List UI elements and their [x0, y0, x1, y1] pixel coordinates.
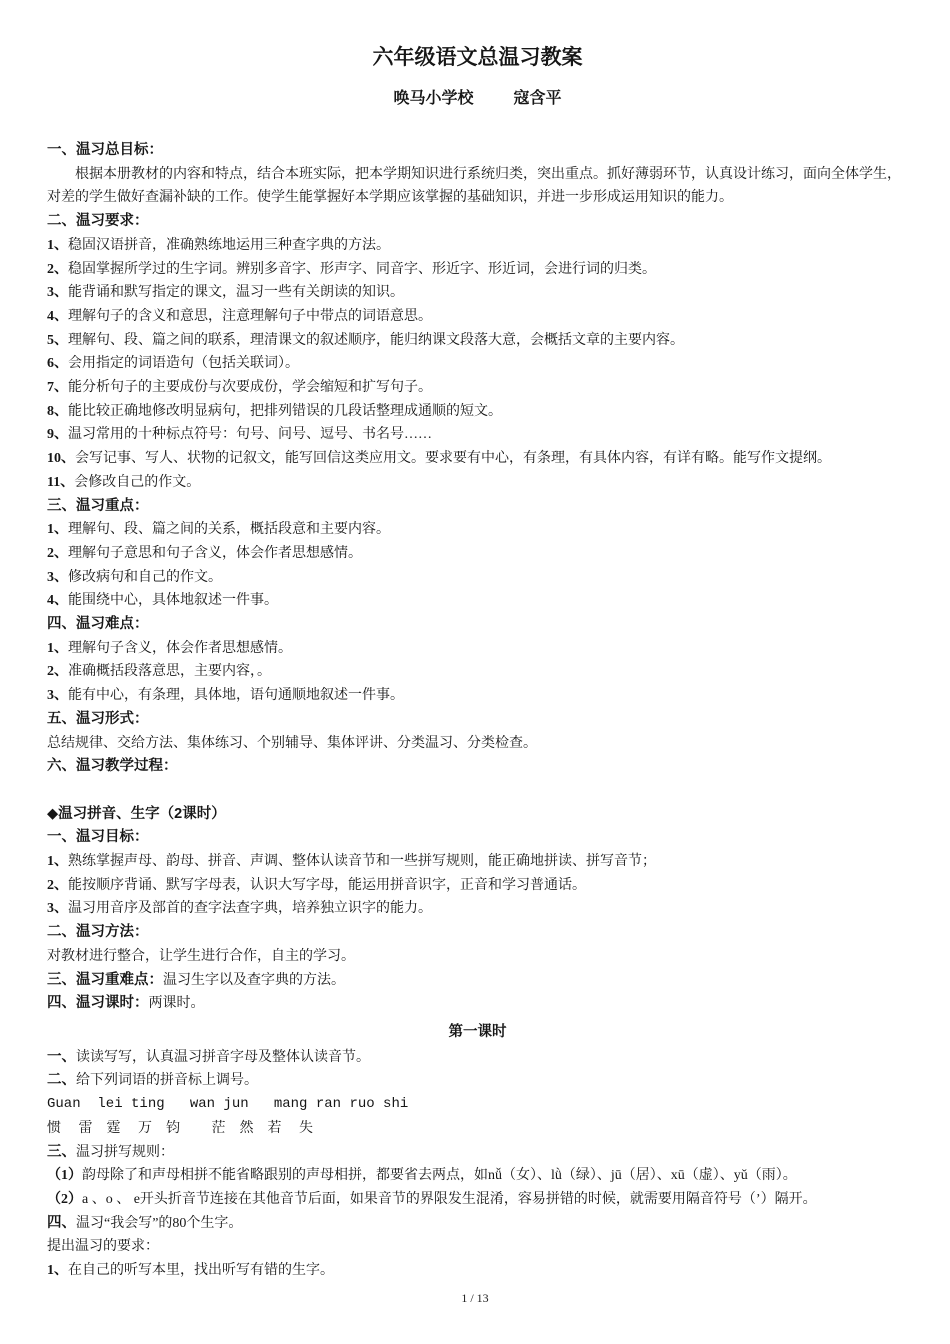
- doc-line: 4、能围绕中心，具体地叙述一件事。: [47, 589, 908, 613]
- line-text: 总结规律、交给方法、集体练习、个别辅导、集体评讲、分类温习、分类检查。: [47, 736, 537, 751]
- doc-line: 根据本册教材的内容和特点，结合本班实际，把本学期知识进行系统归类，突出重点。抓好…: [47, 163, 908, 210]
- line-text: 温习“我会写”的80个生字。: [76, 1216, 242, 1231]
- doc-line: 1、熟练掌握声母、韵母、拼音、声调、整体认读音节和一些拼写规则，能正确地拼读、拼…: [47, 850, 908, 874]
- doc-line: 三、温习拼写规则：: [47, 1141, 908, 1165]
- doc-line: 五、温习形式：: [47, 708, 908, 732]
- line-prefix: 四、温习课时：: [47, 995, 149, 1011]
- line-prefix: 3、: [47, 570, 68, 585]
- line-text: 读读写写，认真温习拼音字母及整体认读音节。: [76, 1050, 370, 1065]
- line-text: 理解句子的含义和意思，注意理解句子中带点的词语意思。: [68, 309, 432, 324]
- doc-line: 10、会写记事、写人、状物的记叙文，能写回信这类应用文。要求要有中心，有条理，有…: [47, 447, 908, 471]
- doc-line: 一、温习总目标：: [47, 139, 908, 163]
- doc-line: 四、温习“我会写”的80个生字。: [47, 1212, 908, 1236]
- line-prefix: 三、温习重难点：: [47, 972, 163, 988]
- line-text: 能有中心，有条理，具体地，语句通顺地叙述一件事。: [68, 688, 404, 703]
- doc-line: 二、温习方法：: [47, 921, 908, 945]
- doc-line: 7、能分析句子的主要成份与次要成份，学会缩短和扩写句子。: [47, 376, 908, 400]
- line-text: 准确概括段落意思，主要内容，。: [68, 664, 271, 679]
- line-prefix: （2）: [47, 1192, 82, 1207]
- line-prefix: 6、: [47, 356, 68, 371]
- line-prefix: 5、: [47, 333, 68, 348]
- document-title: 六年级语文总温习教案: [47, 44, 908, 72]
- doc-line: ◆温习拼音、生字（2课时）: [47, 803, 908, 827]
- line-text: 惯 雷 霆 万 钧 茫 然 若 失: [47, 1121, 313, 1136]
- line-text: 对教材进行整合，让学生进行合作，自主的学习。: [47, 949, 355, 964]
- line-text: 五、温习形式：: [47, 711, 149, 727]
- doc-line: 2、准确概括段落意思，主要内容，。: [47, 660, 908, 684]
- line-text: 修改病句和自己的作文。: [68, 570, 222, 585]
- doc-line: 1、稳固汉语拼音，准确熟练地运用三种查字典的方法。: [47, 234, 908, 258]
- doc-line: 1、理解句子含义，体会作者思想感情。: [47, 637, 908, 661]
- line-prefix: 2、: [47, 262, 68, 277]
- doc-line: 3、温习用音序及部首的查字法查字典，培养独立识字的能力。: [47, 897, 908, 921]
- line-text: ◆温习拼音、生字（2课时）: [47, 806, 226, 822]
- doc-line: 四、温习课时：两课时。: [47, 992, 908, 1016]
- line-text: 能比较正确地修改明显病句，把排列错误的几段话整理成通顺的短文。: [68, 404, 502, 419]
- line-prefix: 10、: [47, 451, 75, 466]
- line-text: 会修改自己的作文。: [74, 475, 200, 490]
- page-number: 1 / 13: [0, 1291, 950, 1306]
- school-name: 唤马小学校: [393, 90, 473, 107]
- line-text: 温习拼写规则：: [76, 1145, 174, 1160]
- line-text: 温习生字以及查字典的方法。: [163, 973, 345, 988]
- line-prefix: 9、: [47, 427, 68, 442]
- doc-line: 3、能有中心，有条理，具体地，语句通顺地叙述一件事。: [47, 684, 908, 708]
- doc-line: 8、能比较正确地修改明显病句，把排列错误的几段话整理成通顺的短文。: [47, 400, 908, 424]
- line-prefix: 三、: [47, 1144, 76, 1160]
- line-text: 理解句、段、篇之间的联系，理清课文的叙述顺序，能归纳课文段落大意，会概括文章的主…: [68, 333, 684, 348]
- doc-line: 六、温习教学过程：: [47, 755, 908, 779]
- line-text: 二、温习方法：: [47, 924, 149, 940]
- doc-line: 6、会用指定的词语造句（包括关联词）。: [47, 352, 908, 376]
- line-text: 给下列词语的拼音标上调号。: [76, 1073, 258, 1088]
- doc-line: 三、温习重难点：温习生字以及查字典的方法。: [47, 969, 908, 993]
- doc-line: 3、能背诵和默写指定的课文，温习一些有关朗读的知识。: [47, 281, 908, 305]
- line-prefix: 4、: [47, 309, 68, 324]
- line-text: 二、温习要求：: [47, 213, 149, 229]
- line-text: 六、温习教学过程：: [47, 758, 178, 774]
- line-prefix: 1、: [47, 238, 68, 253]
- line-text: 提出温习的要求：: [47, 1239, 159, 1254]
- line-prefix: 2、: [47, 546, 68, 561]
- line-prefix: 2、: [47, 664, 68, 679]
- doc-line: 5、理解句、段、篇之间的联系，理清课文的叙述顺序，能归纳课文段落大意，会概括文章…: [47, 329, 908, 353]
- line-prefix: 2、: [47, 878, 68, 893]
- doc-line: [47, 779, 908, 803]
- line-prefix: 四、: [47, 1215, 76, 1231]
- line-prefix: 一、: [47, 1049, 76, 1065]
- doc-line: 总结规律、交给方法、集体练习、个别辅导、集体评讲、分类温习、分类检查。: [47, 732, 908, 756]
- doc-line: 2、理解句子意思和句子含义，体会作者思想感情。: [47, 542, 908, 566]
- line-text: 温习常用的十种标点符号：句号、问号、逗号、书名号……: [68, 427, 432, 442]
- line-prefix: 3、: [47, 285, 68, 300]
- line-prefix: 1、: [47, 522, 68, 537]
- doc-line: 二、给下列词语的拼音标上调号。: [47, 1069, 908, 1093]
- doc-line: 3、修改病句和自己的作文。: [47, 566, 908, 590]
- doc-line: 11、会修改自己的作文。: [47, 471, 908, 495]
- line-text: 在自己的听写本里，找出听写有错的生字。: [68, 1263, 334, 1278]
- line-prefix: 1、: [47, 641, 68, 656]
- line-text: 三、温习重点：: [47, 498, 149, 514]
- doc-line: 对教材进行整合，让学生进行合作，自主的学习。: [47, 945, 908, 969]
- doc-line: 二、温习要求：: [47, 210, 908, 234]
- line-prefix: 4、: [47, 593, 68, 608]
- doc-line: 惯 雷 霆 万 钧 茫 然 若 失: [47, 1117, 908, 1141]
- doc-line: 三、温习重点：: [47, 495, 908, 519]
- doc-line: （1）韵母除了和声母相拼不能省略跟别的声母相拼，都要省去两点，如nǚ（女）、lǜ…: [47, 1164, 908, 1188]
- line-prefix: 1、: [47, 1263, 68, 1278]
- line-text: 能按顺序背诵、默写字母表，认识大写字母，能运用拼音识字，正音和学习普通话。: [68, 878, 586, 893]
- document-subtitle: 唤马小学校寇含平: [47, 88, 908, 109]
- line-text: a 、o 、 e开头折音节连接在其他音节后面，如果音节的界限发生混淆，容易拼错的…: [82, 1192, 817, 1207]
- line-text: 理解句子意思和句子含义，体会作者思想感情。: [68, 546, 362, 561]
- doc-line: 第一课时: [47, 1021, 908, 1045]
- doc-line: （2）a 、o 、 e开头折音节连接在其他音节后面，如果音节的界限发生混淆，容易…: [47, 1188, 908, 1212]
- line-text: 一、温习目标：: [47, 829, 149, 845]
- line-prefix: 3、: [47, 901, 68, 916]
- line-text: 会用指定的词语造句（包括关联词）。: [68, 356, 299, 371]
- author-name: 寇含平: [514, 90, 562, 107]
- document-page: 六年级语文总温习教案 唤马小学校寇含平 一、温习总目标：根据本册教材的内容和特点…: [0, 0, 950, 1344]
- line-text: 第一课时: [449, 1024, 507, 1040]
- line-text: 温习用音序及部首的查字法查字典，培养独立识字的能力。: [68, 901, 432, 916]
- line-prefix: 3、: [47, 688, 68, 703]
- line-text: 韵母除了和声母相拼不能省略跟别的声母相拼，都要省去两点，如nǚ（女）、lǜ（绿）…: [82, 1168, 797, 1183]
- line-text: 理解句子含义，体会作者思想感情。: [68, 641, 292, 656]
- doc-line: 四、温习难点：: [47, 613, 908, 637]
- line-prefix: （1）: [47, 1168, 82, 1183]
- line-prefix: 11、: [47, 475, 74, 490]
- line-text: 能围绕中心，具体地叙述一件事。: [68, 593, 278, 608]
- doc-line: 2、稳固掌握所学过的生字词。辨别多音字、形声字、同音字、形近字、形近词，会进行词…: [47, 258, 908, 282]
- doc-line: 一、读读写写，认真温习拼音字母及整体认读音节。: [47, 1046, 908, 1070]
- line-text: 稳固掌握所学过的生字词。辨别多音字、形声字、同音字、形近字、形近词，会进行词的归…: [68, 262, 656, 277]
- doc-line: 提出温习的要求：: [47, 1235, 908, 1259]
- line-text: 熟练掌握声母、韵母、拼音、声调、整体认读音节和一些拼写规则，能正确地拼读、拼写音…: [68, 854, 656, 869]
- line-text: Guan lei ting wan jun mang ran ruo shi: [47, 1096, 408, 1112]
- line-text: 四、温习难点：: [47, 616, 149, 632]
- line-prefix: 1、: [47, 854, 68, 869]
- line-prefix: 8、: [47, 404, 68, 419]
- doc-line: 9、温习常用的十种标点符号：句号、问号、逗号、书名号……: [47, 423, 908, 447]
- line-text: 一、温习总目标：: [47, 142, 163, 158]
- line-text: 两课时。: [149, 996, 205, 1011]
- doc-line: 2、能按顺序背诵、默写字母表，认识大写字母，能运用拼音识字，正音和学习普通话。: [47, 874, 908, 898]
- line-text: 理解句、段、篇之间的关系，概括段意和主要内容。: [68, 522, 390, 537]
- line-text: 会写记事、写人、状物的记叙文，能写回信这类应用文。要求要有中心，有条理，有具体内…: [75, 451, 831, 466]
- doc-line: 1、理解句、段、篇之间的关系，概括段意和主要内容。: [47, 518, 908, 542]
- line-text: 能分析句子的主要成份与次要成份，学会缩短和扩写句子。: [68, 380, 432, 395]
- line-prefix: 二、: [47, 1072, 76, 1088]
- line-text: 稳固汉语拼音，准确熟练地运用三种查字典的方法。: [68, 238, 390, 253]
- doc-line: Guan lei ting wan jun mang ran ruo shi: [47, 1093, 908, 1117]
- doc-line: 一、温习目标：: [47, 826, 908, 850]
- document-body: 一、温习总目标：根据本册教材的内容和特点，结合本班实际，把本学期知识进行系统归类…: [47, 139, 908, 1283]
- line-prefix: 7、: [47, 380, 68, 395]
- doc-line: 1、在自己的听写本里，找出听写有错的生字。: [47, 1259, 908, 1283]
- line-text: 根据本册教材的内容和特点，结合本班实际，把本学期知识进行系统归类，突出重点。抓好…: [47, 167, 901, 206]
- doc-line: 4、理解句子的含义和意思，注意理解句子中带点的词语意思。: [47, 305, 908, 329]
- line-text: 能背诵和默写指定的课文，温习一些有关朗读的知识。: [68, 285, 404, 300]
